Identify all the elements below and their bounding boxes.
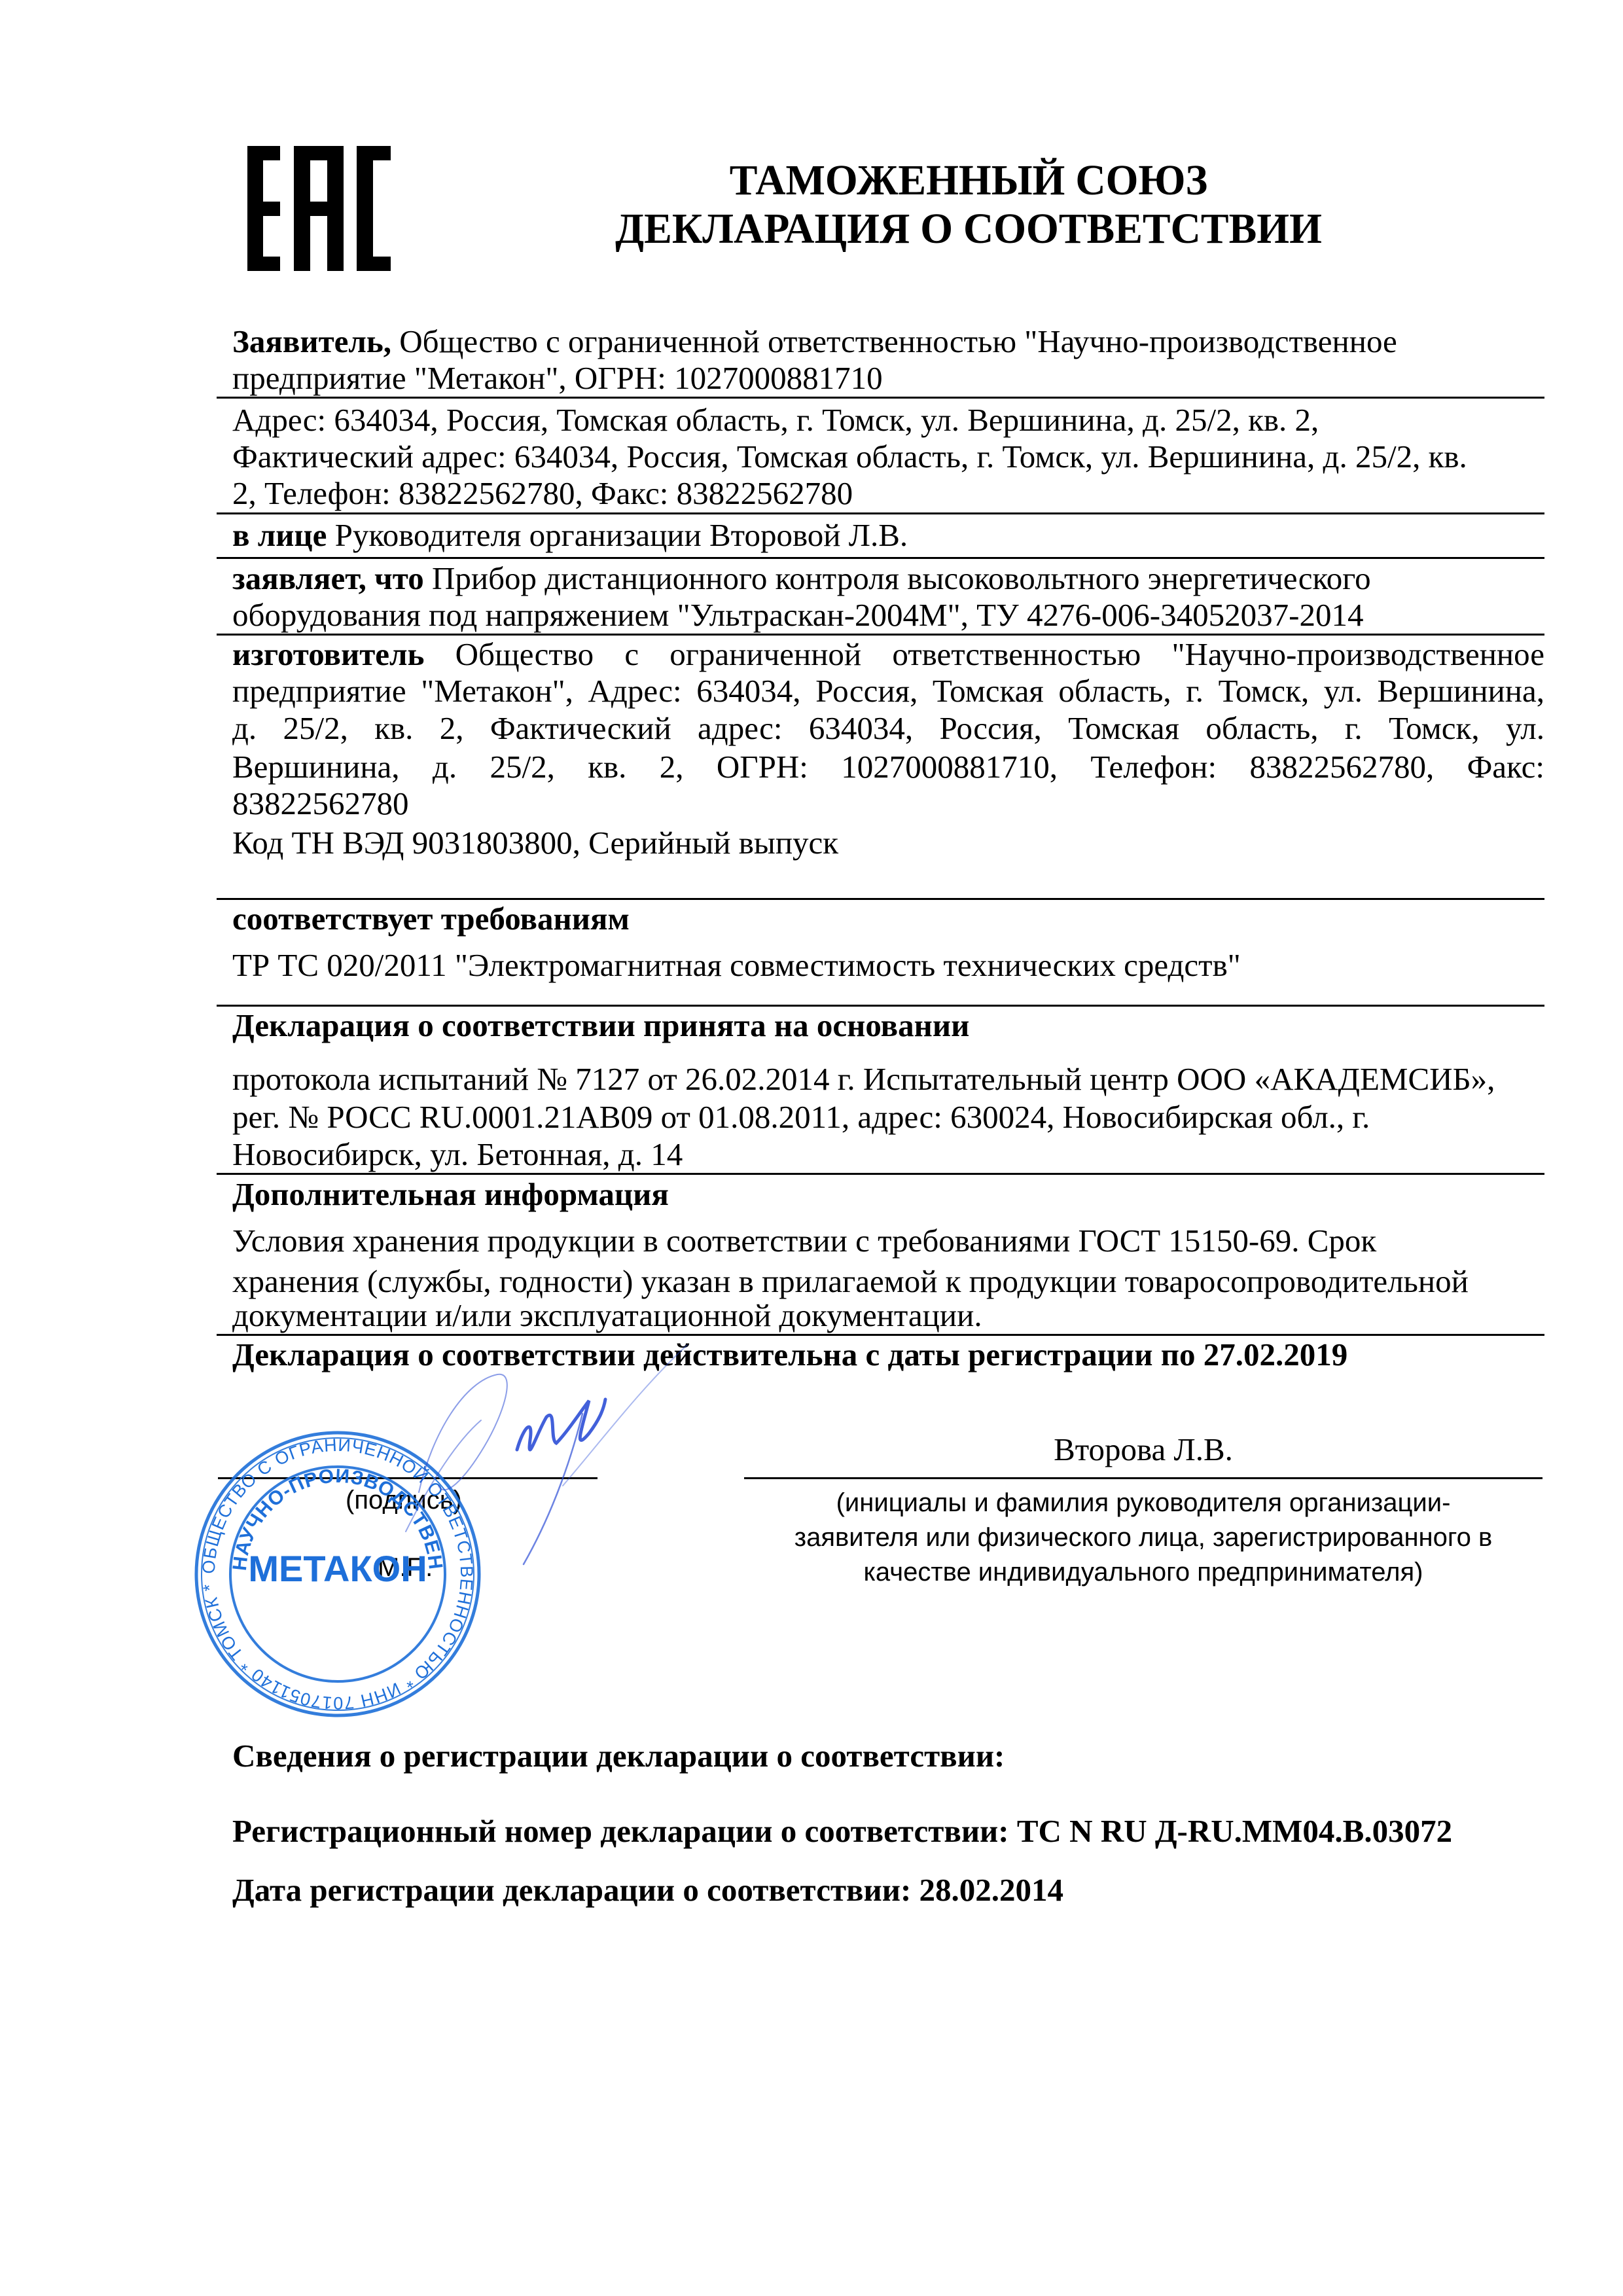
manufacturer-line-2: предприятие "Метакон", Адрес: 634034, Ро… (232, 673, 1544, 709)
signer-name: Второва Л.В. (744, 1431, 1543, 1468)
represented-by: в лице Руководителя организации Второвой… (232, 517, 1544, 554)
manufacturer-line-4: Вершинина, д. 25/2, кв. 2, ОГРН: 1027000… (232, 749, 1544, 785)
divider (217, 898, 1544, 900)
divider (217, 634, 1544, 636)
address-line-2: Фактический адрес: 634034, Россия, Томск… (232, 439, 1544, 475)
registration-heading: Сведения о регистрации декларации о соот… (232, 1738, 1005, 1774)
divider (217, 557, 1544, 559)
applicant-line-1: Заявитель, Общество с ограниченной ответ… (232, 323, 1544, 360)
manufacturer-line-3: д. 25/2, кв. 2, Фактический адрес: 63403… (232, 710, 1544, 747)
manufacturer-label: изготовитель (232, 636, 424, 672)
manufacturer-line-1: изготовитель Общество с ограниченной отв… (232, 636, 1544, 673)
applicant-line-2: предприятие "Метакон", ОГРН: 10270008817… (232, 360, 1544, 397)
applicant-label: Заявитель, (232, 323, 391, 359)
name-line (744, 1477, 1543, 1479)
additional-label: Дополнительная информация (232, 1176, 669, 1213)
manufacturer-line-5: 83822562780 (232, 785, 1544, 822)
name-caption-line-1: (инициалы и фамилия руководителя организ… (744, 1486, 1543, 1520)
divider (217, 512, 1544, 514)
eac-logo-icon (247, 146, 391, 271)
declares-line-1: заявляет, что Прибор дистанционного конт… (232, 560, 1544, 597)
registration-number-value: ТС N RU Д-RU.ММ04.В.03072 (1017, 1813, 1452, 1849)
basis-line-2: рег. № РОСС RU.0001.21АВ09 от 01.08.2011… (232, 1099, 1544, 1136)
basis-line-1: протокола испытаний № 7127 от 26.02.2014… (232, 1061, 1544, 1098)
address-line-1: Адрес: 634034, Россия, Томская область, … (232, 402, 1544, 439)
hs-code-line: Код ТН ВЭД 9031803800, Серийный выпуск (232, 825, 1544, 861)
title-declaration: ДЕКЛАРАЦИЯ О СООТВЕТСТВИИ (588, 204, 1349, 254)
additional-line-1: Условия хранения продукции в соответстви… (232, 1223, 1544, 1259)
divider (217, 1173, 1544, 1175)
name-caption-line-3: качестве индивидуального предпринимателя… (744, 1555, 1543, 1589)
declares-label: заявляет, что (232, 560, 424, 596)
additional-line-3: документации и/или эксплуатационной доку… (232, 1297, 1544, 1334)
handwritten-signature-icon (393, 1335, 694, 1584)
address-line-3: 2, Телефон: 83822562780, Факс: 838225627… (232, 475, 1544, 512)
declaration-page: ТАМОЖЕННЫЙ СОЮЗ ДЕКЛАРАЦИЯ О СООТВЕТСТВИ… (0, 0, 1623, 2296)
name-caption-line-2: заявителя или физического лица, зарегист… (744, 1520, 1543, 1554)
declares-line-2: оборудования под напряжением "Ультраскан… (232, 597, 1544, 634)
divider (217, 397, 1544, 399)
basis-line-3: Новосибирск, ул. Бетонная, д. 14 (232, 1136, 1544, 1173)
additional-line-2: хранения (службы, годности) указан в при… (232, 1263, 1544, 1300)
conforms-regulation: ТР ТС 020/2011 "Электромагнитная совмест… (232, 947, 1544, 984)
conforms-label: соответствует требованиям (232, 901, 630, 937)
represented-by-label: в лице (232, 517, 327, 553)
basis-label: Декларация о соответствии принята на осн… (232, 1007, 969, 1044)
registration-date: Дата регистрации декларации о соответств… (232, 1872, 1063, 1909)
title-customs-union: ТАМОЖЕННЫЙ СОЮЗ (588, 156, 1349, 206)
registration-date-value: 28.02.2014 (919, 1872, 1064, 1908)
registration-number: Регистрационный номер декларации о соотв… (232, 1813, 1452, 1850)
divider (217, 1005, 1544, 1007)
